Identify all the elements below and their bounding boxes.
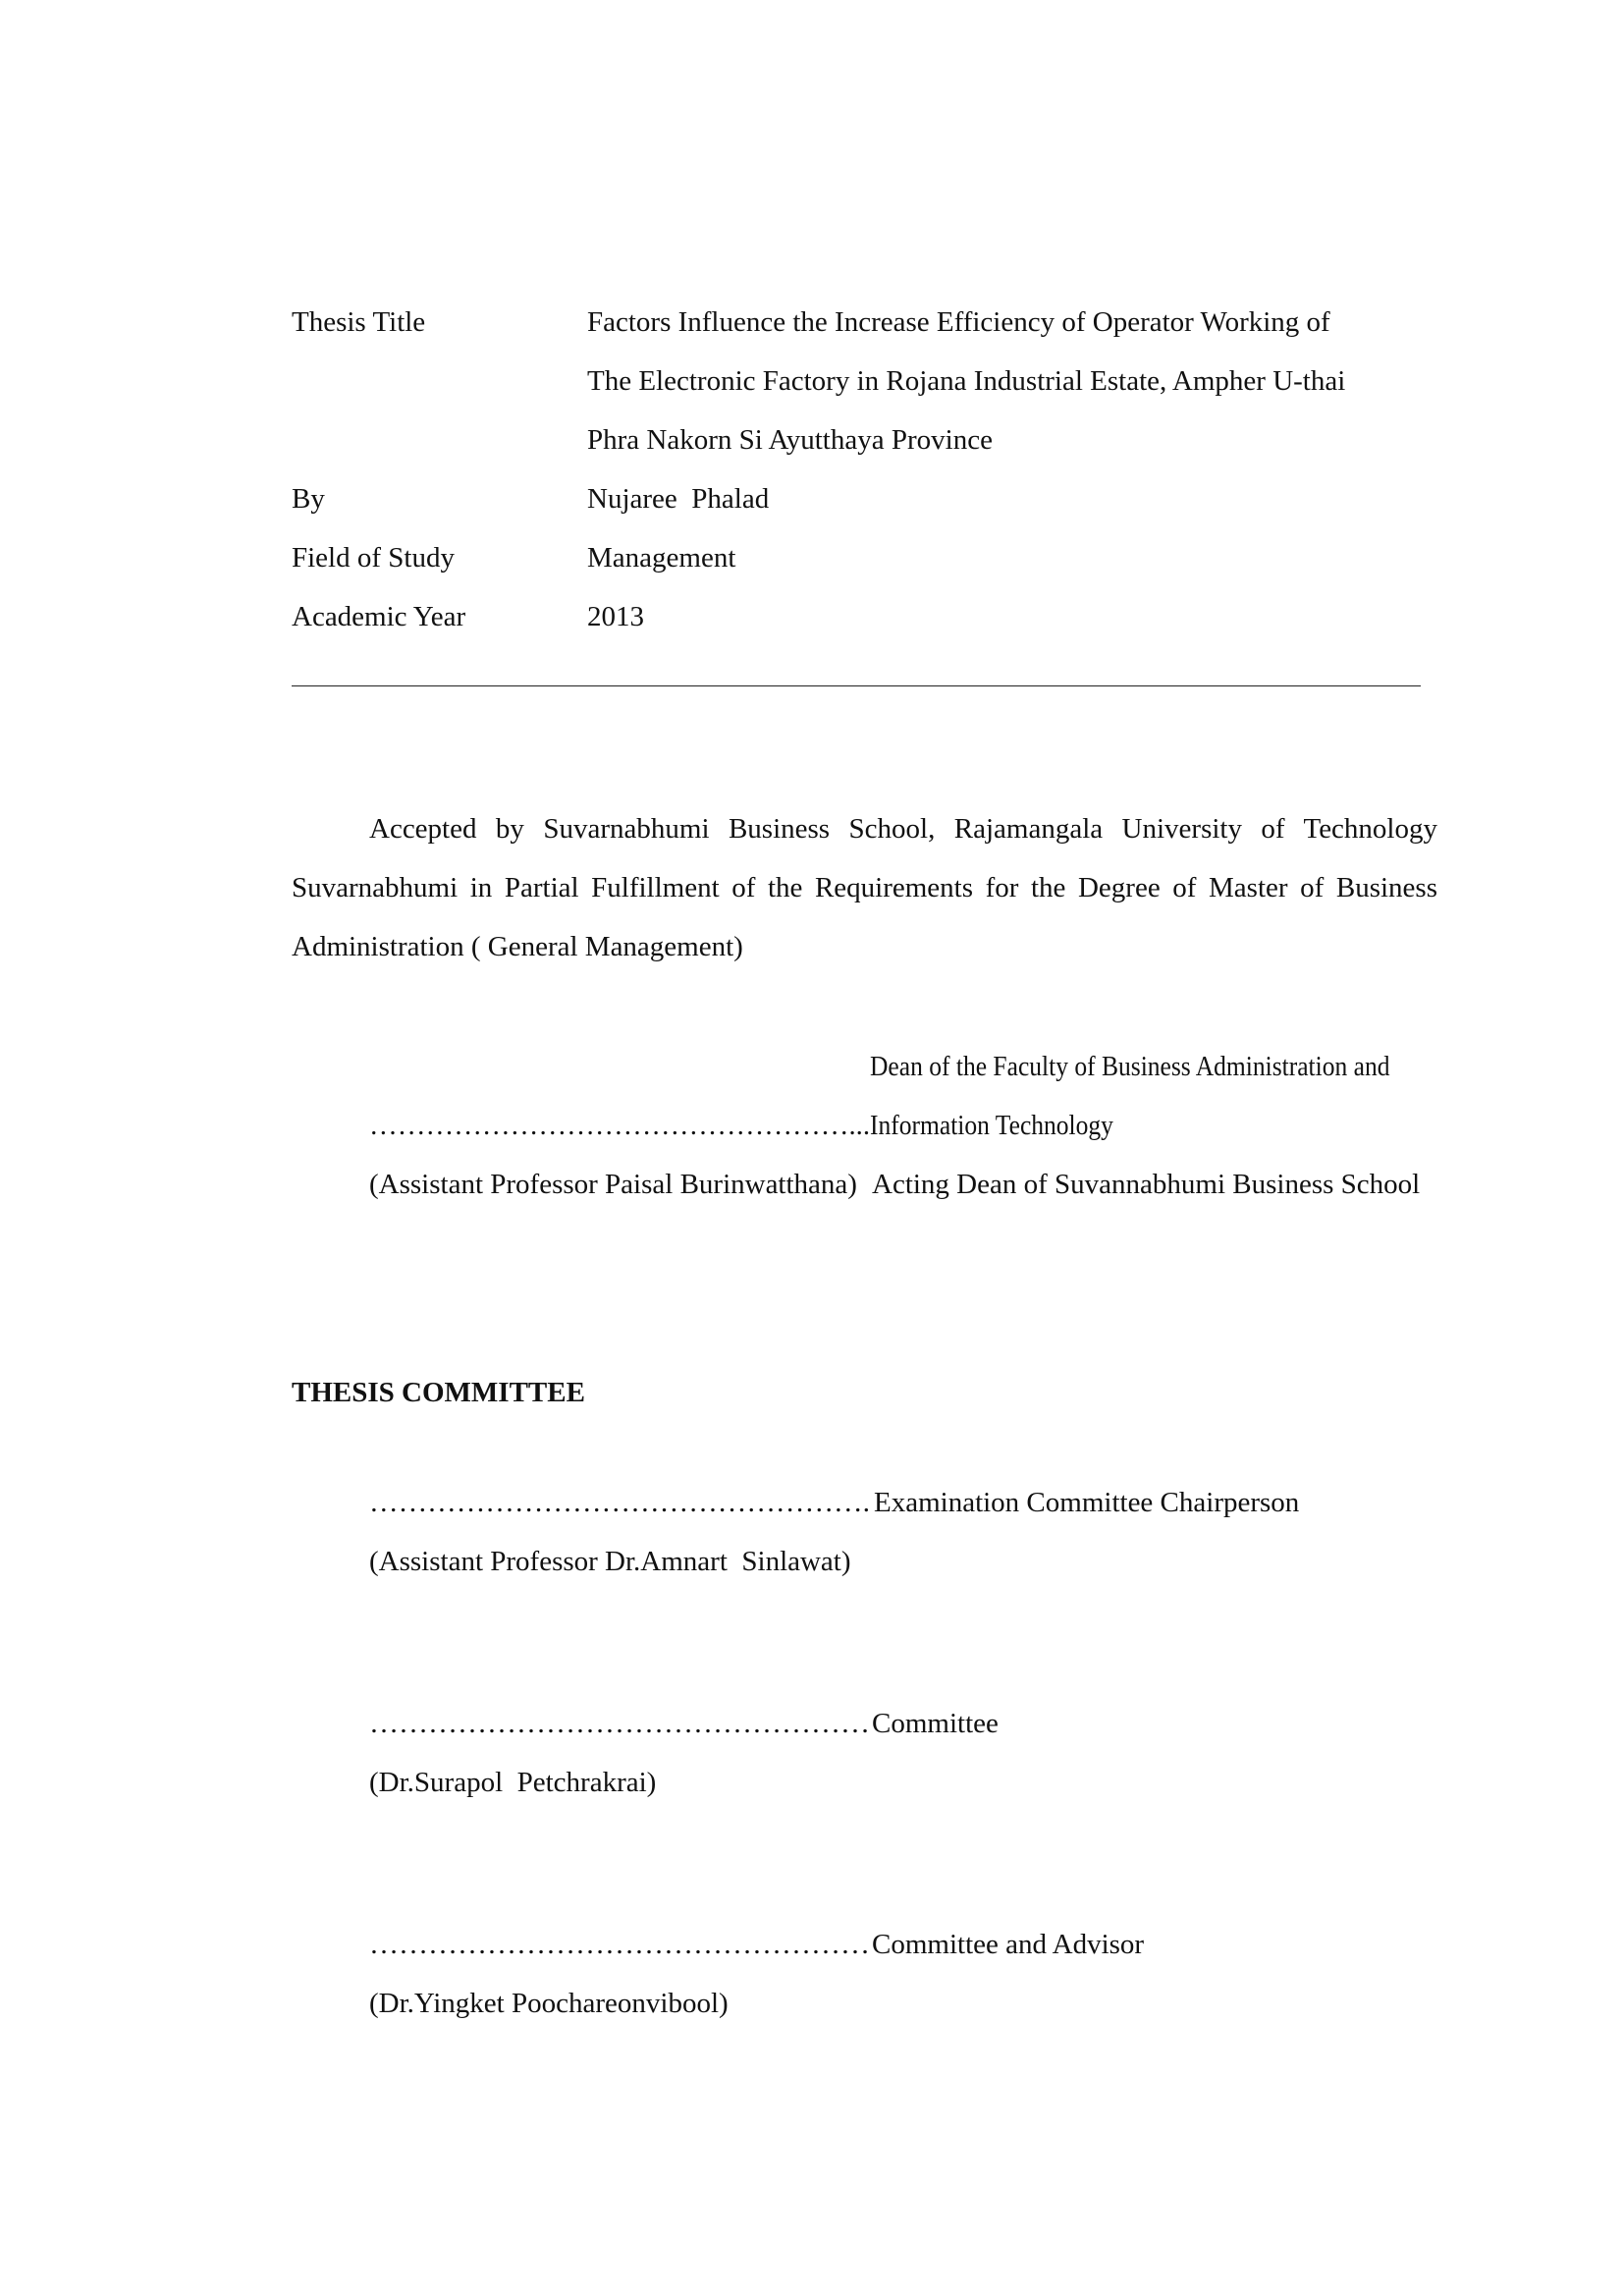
- divider-rule: [292, 685, 1421, 686]
- author-label: By: [292, 485, 325, 514]
- thesis-title-value-line1: Factors Influence the Increase Efficienc…: [587, 308, 1330, 337]
- advisor-name: (Dr.Yingket Poochareonvibool): [369, 1990, 729, 2018]
- academic-year-label: Academic Year: [292, 603, 465, 631]
- committee-role: Committee: [872, 1710, 999, 1738]
- chair-role: Examination Committee Chairperson: [874, 1489, 1299, 1517]
- acceptance-line-1: Accepted by Suvarnabhumi Business School…: [369, 815, 1437, 844]
- field-of-study-label: Field of Study: [292, 544, 455, 573]
- acceptance-line-2: Suvarnabhumi in Partial Fulfillment of t…: [292, 874, 1437, 902]
- academic-year-value: 2013: [587, 603, 644, 631]
- chair-signature-line: …………………………………………….: [369, 1489, 870, 1517]
- dean-title-line1: Dean of the Faculty of Business Administ…: [870, 1053, 1389, 1081]
- thesis-title-label: Thesis Title: [292, 308, 425, 337]
- advisor-role: Committee and Advisor: [872, 1931, 1144, 1959]
- thesis-title-value-line2: The Electronic Factory in Rojana Industr…: [587, 367, 1345, 396]
- chair-name: (Assistant Professor Dr.Amnart Sinlawat): [369, 1548, 851, 1576]
- dean-signature-line: ……………………………………………...: [369, 1112, 870, 1140]
- author-value: Nujaree Phalad: [587, 485, 769, 514]
- dean-name: (Assistant Professor Paisal Burinwatthan…: [369, 1171, 857, 1199]
- dean-title-line2: Information Technology: [870, 1112, 1113, 1140]
- committee-name: (Dr.Surapol Petchrakrai): [369, 1769, 656, 1797]
- advisor-signature-line: ……………………………………………: [369, 1931, 870, 1959]
- acceptance-line-3: Administration ( General Management): [292, 933, 1437, 961]
- dean-role: Acting Dean of Suvannabhumi Business Sch…: [872, 1171, 1420, 1199]
- field-of-study-value: Management: [587, 544, 735, 573]
- thesis-title-value-line3: Phra Nakorn Si Ayutthaya Province: [587, 426, 993, 455]
- committee-heading: THESIS COMMITTEE: [292, 1379, 585, 1407]
- committee-signature-line: ……………………………………………: [369, 1710, 870, 1738]
